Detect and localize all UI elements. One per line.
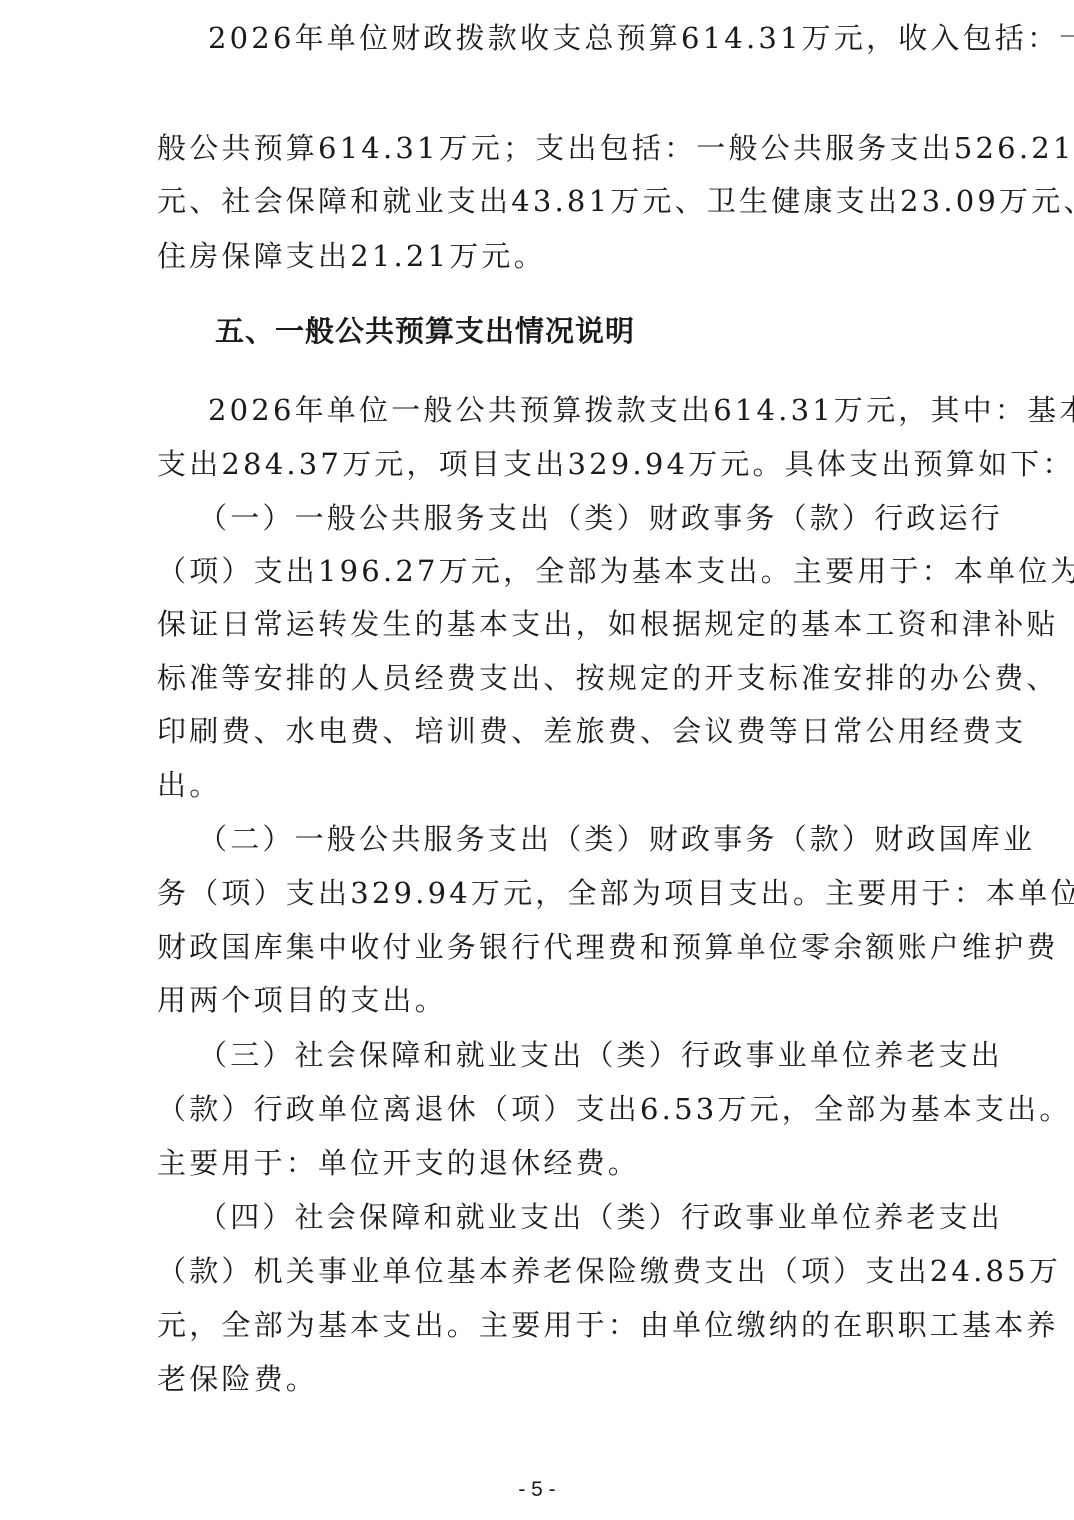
text-line: （款）机关事业单位基本养老保险缴费支出（项）支出24.85万	[157, 1253, 937, 1289]
text-line: 2026年单位财政拨款收支总预算614.31万元，收入包括：一	[208, 20, 988, 56]
text-line: （四）社会保障和就业支出（类）行政事业单位养老支出	[198, 1199, 978, 1235]
text-line: 标准等安排的人员经费支出、按规定的开支标准安排的办公费、	[157, 660, 937, 696]
text-line: 印刷费、水电费、培训费、差旅费、会议费等日常公用经费支	[157, 713, 937, 749]
text-line: （项）支出196.27万元，全部为基本支出。主要用于：本单位为	[157, 553, 937, 589]
text-line: 保证日常运转发生的基本支出，如根据规定的基本工资和津补贴	[157, 606, 937, 642]
text-line: 出。	[157, 767, 937, 803]
text-line: 般公共预算614.31万元；支出包括：一般公共服务支出526.21万	[157, 130, 937, 166]
text-line: （二）一般公共服务支出（类）财政事务（款）财政国库业	[198, 821, 978, 857]
text-line: 元，全部为基本支出。主要用于：由单位缴纳的在职职工基本养	[157, 1307, 937, 1343]
text-line: （三）社会保障和就业支出（类）行政事业单位养老支出	[198, 1037, 978, 1073]
text-line: 用两个项目的支出。	[157, 982, 937, 1018]
text-line: 老保险费。	[157, 1361, 937, 1397]
text-line: （一）一般公共服务支出（类）财政事务（款）行政运行	[198, 500, 978, 536]
text-line: 住房保障支出21.21万元。	[157, 238, 937, 274]
document-page: 2026年单位财政拨款收支总预算614.31万元，收入包括：一 般公共预算614…	[0, 0, 1074, 1520]
text-line: 2026年单位一般公共预算拨款支出614.31万元，其中：基本	[208, 392, 988, 428]
text-line: 支出284.37万元，项目支出329.94万元。具体支出预算如下：	[157, 446, 937, 482]
text-line: （款）行政单位离退休（项）支出6.53万元，全部为基本支出。	[157, 1091, 937, 1127]
text-line: 主要用于：单位开支的退休经费。	[157, 1145, 937, 1181]
text-line: 元、社会保障和就业支出43.81万元、卫生健康支出23.09万元、	[157, 183, 937, 219]
text-line: 务（项）支出329.94万元，全部为项目支出。主要用于：本单位	[157, 875, 937, 911]
page-number: - 5 -	[0, 1477, 1074, 1503]
text-line: 财政国库集中收付业务银行代理费和预算单位零余额账户维护费	[157, 929, 937, 965]
section-heading: 五、一般公共预算支出情况说明	[215, 313, 635, 349]
